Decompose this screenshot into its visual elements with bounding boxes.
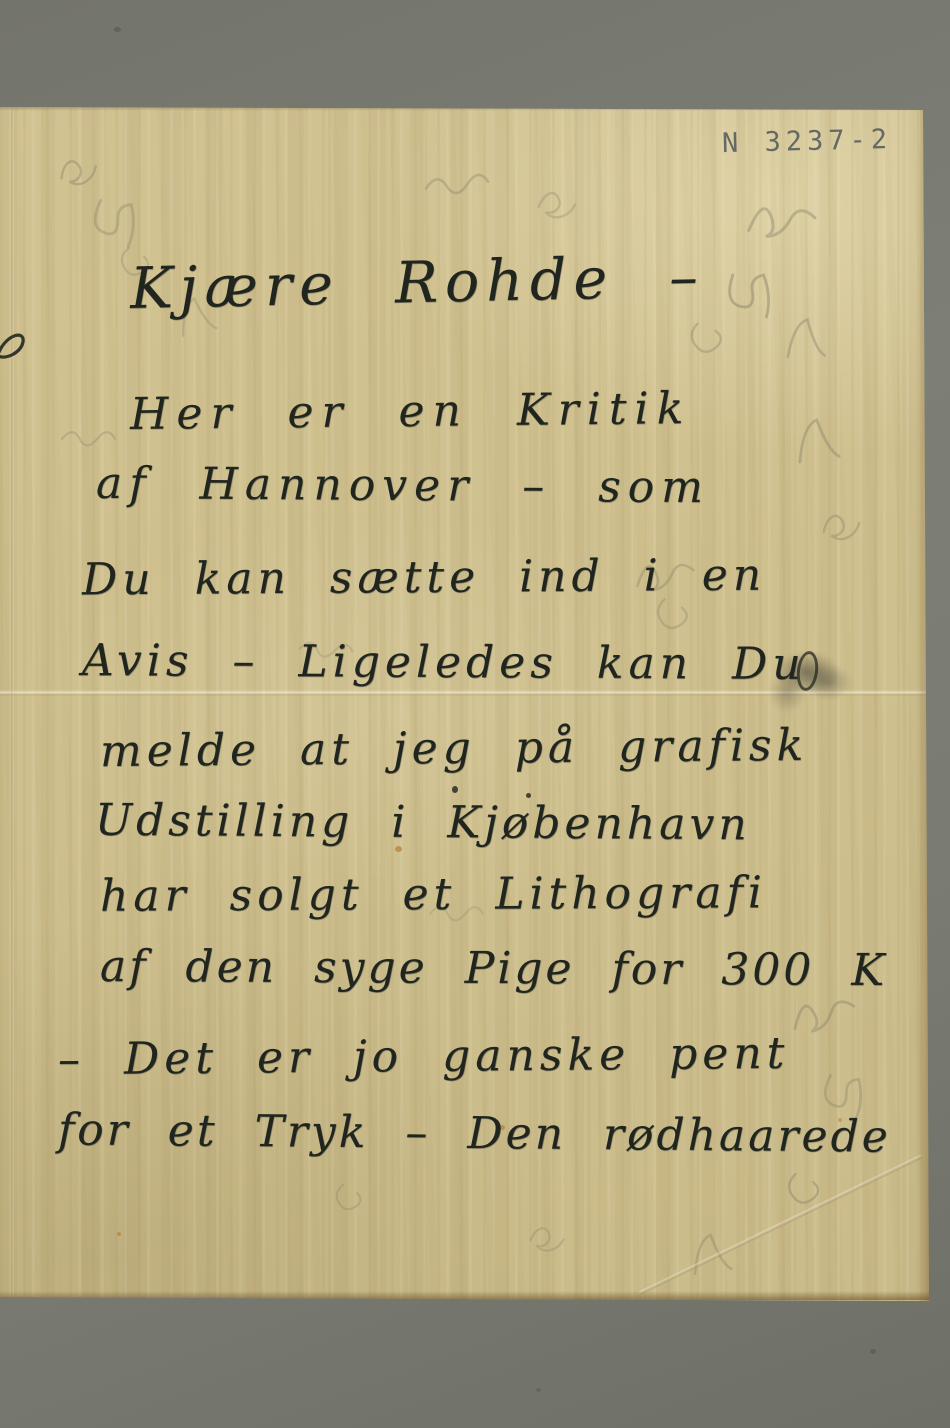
dust-speck (114, 27, 121, 32)
paper-edge-top-shadow (0, 107, 950, 111)
paper-edge-right-shadow (916, 108, 929, 1302)
letter-line: for et Tryk – Den rødhaarede (58, 1106, 891, 1162)
letter-line: af den syge Pige for 300 K (100, 943, 887, 996)
letter-line: Her er en Kritik (130, 385, 692, 439)
edge-ink-stroke (0, 328, 31, 368)
letter-line: melde at jeg på grafisk (100, 722, 809, 777)
letter-line: Du kan sætte ind i en (82, 552, 766, 605)
foxing-spot (117, 1232, 121, 1236)
catalog-number: N 3237-2 (722, 124, 893, 159)
photo-background: N 3237-2 Kjære Rohde – Her er en Kritik … (0, 0, 950, 1428)
dust-speck (870, 1349, 876, 1354)
letter-line: Avis – Ligeledes kan Du (82, 637, 806, 689)
letter-line: har solgt et Lithografi (100, 869, 767, 921)
fold-crease-vertical (11, 107, 14, 1299)
letter-line: – Det er jo ganske pent (58, 1030, 790, 1085)
paper-edge-bottom-shadow (0, 1291, 950, 1300)
letter-line: af Hannover – som (96, 460, 710, 513)
letter-salutation: Kjære Rohde – (129, 246, 705, 321)
dust-speck (536, 1388, 541, 1392)
ink-fleck (452, 786, 458, 793)
letter-line: Udstilling i Kjøbenhavn (95, 797, 751, 850)
letter-page: N 3237-2 Kjære Rohde – Her er en Kritik … (0, 0, 950, 1428)
